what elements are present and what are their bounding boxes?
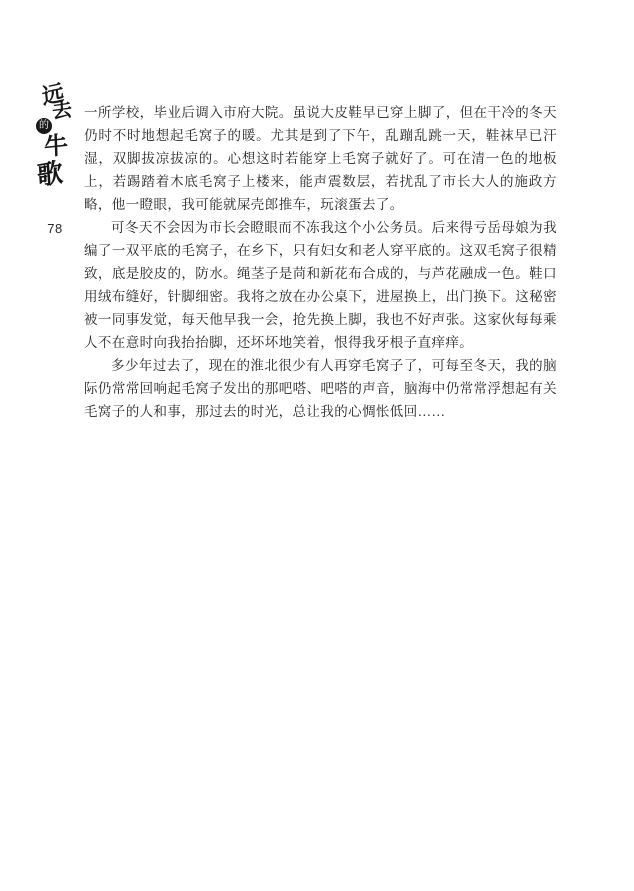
text-line: 仍时不时地想起毛窝子的暖。尤其是到了下午，乱蹦乱跳一天，鞋袜早已汗 — [84, 124, 557, 147]
title-calligraphy: 远 去 的 牛 歌 — [0, 0, 90, 240]
text-line: 毛窝子的人和事，那过去的时光，总让我的心惆怅低回…… — [84, 400, 557, 423]
title-char-qu: 去 — [52, 99, 73, 122]
text-line: 略，他一瞪眼，我可能就屎壳郎推车，玩滚蛋去了。 — [84, 193, 557, 216]
text-line: 湿，双脚拔凉拔凉的。心想这时若能穿上毛窝子就好了。可在清一色的地板 — [84, 147, 557, 170]
text-line: 用绒布缝好，针脚细密。我将之放在办公桌下，进屋换上，出门换下。这秘密 — [84, 285, 557, 308]
text-line: 编了一双平底的毛窝子，在乡下，只有妇女和老人穿平底的。这双毛窝子很精 — [84, 239, 557, 262]
title-char-ge: 歌 — [36, 160, 63, 191]
text-line: 被一同事发觉，每天他早我一会，抢先换上脚，我也不好声张。这家伙每每乘 — [84, 308, 557, 331]
text-line: 一所学校，毕业后调入市府大院。虽说大皮鞋早已穿上脚了，但在干冷的冬天 — [84, 101, 557, 124]
text-line: 多少年过去了，现在的淮北很少有人再穿毛窝子了，可每至冬天，我的脑 — [84, 354, 557, 377]
text-line: 上，若踢踏着木底毛窝子上楼来，能声震数层，若扰乱了市长大人的施政方 — [84, 170, 557, 193]
book-page: 远 去 的 牛 歌 78 一所学校，毕业后调入市府大院。虽说大皮鞋早已穿上脚了，… — [0, 0, 634, 891]
text-block: 一所学校，毕业后调入市府大院。虽说大皮鞋早已穿上脚了，但在干冷的冬天 仍时不时地… — [84, 101, 557, 423]
text-line: 可冬天不会因为市长会瞪眼而不冻我这个小公务员。后来得亏岳母娘为我 — [84, 216, 557, 239]
text-line: 际仍常常回响起毛窝子发出的那吧嗒、吧嗒的声音，脑海中仍常常浮想起有关 — [84, 377, 557, 400]
text-line: 致，底是胶皮的，防水。绳茎子是苘和新花布合成的，与芦花融成一色。鞋口 — [84, 262, 557, 285]
page-number: 78 — [40, 221, 70, 236]
title-char-niu: 牛 — [44, 133, 69, 160]
text-line: 人不在意时向我抬抬脚，还坏坏地笑着，恨得我牙根子直痒痒。 — [84, 331, 557, 354]
